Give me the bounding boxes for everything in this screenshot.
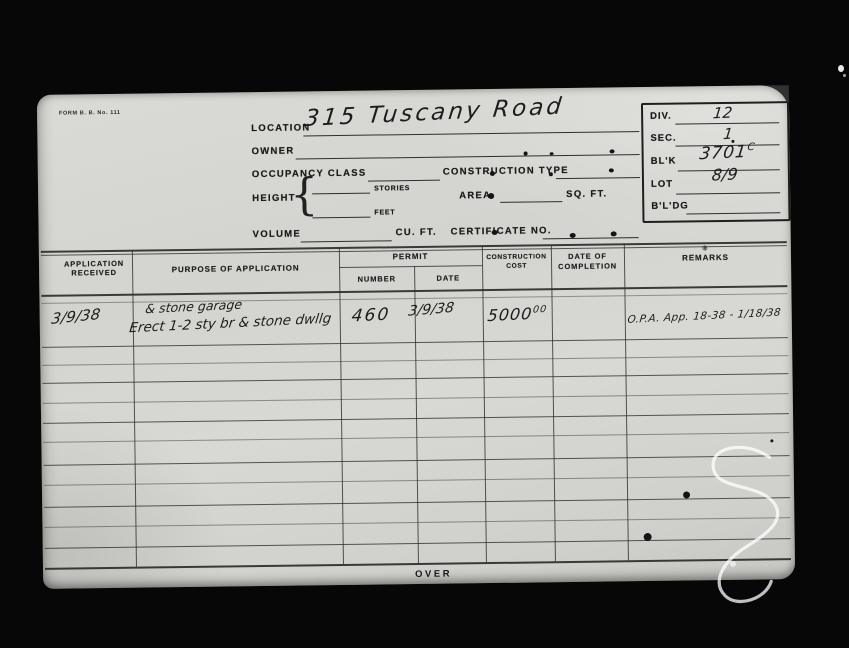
owner-underline <box>296 154 640 160</box>
lot-underline <box>676 192 780 194</box>
div-value: 12 <box>712 103 733 122</box>
form-number: FORM B. B. No. 111 <box>59 110 121 117</box>
ink-dot <box>610 149 615 153</box>
ink-dot <box>609 168 614 172</box>
stories-underline <box>312 193 370 195</box>
ink-dot <box>549 172 553 176</box>
white-scratch-mark <box>671 435 814 637</box>
ink-dot <box>550 152 554 155</box>
header-remarks-text: REMARKS <box>624 252 787 263</box>
ink-blot <box>644 533 652 541</box>
ink-dot <box>488 193 494 199</box>
header-construction-cost: CONSTRUCTION COST <box>482 253 551 270</box>
feet-underline <box>312 217 370 219</box>
blk-value-number: 3701 <box>698 142 748 164</box>
table-column-line <box>132 251 137 567</box>
area-underline <box>500 201 562 203</box>
blk-value: 3701C <box>698 142 756 165</box>
cost-dollars: 5000 <box>487 304 534 325</box>
cost-cents: 00 <box>532 304 547 316</box>
film-speck <box>838 65 844 72</box>
lot-label: LOT <box>651 179 673 190</box>
blk-value-superscript: C <box>747 142 756 153</box>
ink-dot <box>492 230 498 235</box>
entry-application-received: 3/9/38 <box>50 305 101 328</box>
header-application-line2: RECEIVED <box>56 268 132 278</box>
table-column-line <box>482 246 487 562</box>
over-label: OVER <box>415 569 452 580</box>
table-column-line <box>551 245 556 561</box>
entry-construction-cost: 500000 <box>487 303 548 325</box>
header-permit-date: DATE <box>414 273 482 283</box>
header-completion-line1: DATE OF <box>551 251 624 261</box>
location-underline <box>303 131 639 136</box>
ink-dot <box>570 233 576 238</box>
blk-label: BL'K <box>651 156 677 167</box>
div-label: DIV. <box>650 111 672 122</box>
entry-permit-date: 3/9/38 <box>407 300 455 320</box>
film-speck <box>843 74 846 77</box>
header-purpose: PURPOSE OF APPLICATION <box>132 263 339 275</box>
certificate-no-label: CERTIFICATE NO. <box>451 225 552 237</box>
header-permit-number: NUMBER <box>339 274 414 284</box>
certificate-underline <box>543 237 639 239</box>
owner-label: OWNER <box>251 146 294 158</box>
header-application-received: APPLICATION RECEIVED <box>56 259 132 278</box>
bldg-underline <box>686 212 780 214</box>
feet-label: FEET <box>374 209 395 216</box>
parcel-info-box: DIV. 12 SEC. 1 BL'K 3701C LOT 8/9 B'L'DG <box>641 101 791 223</box>
bldg-label: B'L'DG <box>651 200 689 211</box>
sq-ft-label: SQ. FT. <box>566 188 607 200</box>
occupancy-underline <box>368 180 440 182</box>
entry-purpose-insertion: & stone garage <box>145 297 243 317</box>
permit-index-card: FORM B. B. No. 111 LOCATION 315 Tuscany … <box>37 85 795 589</box>
table-column-line <box>624 244 629 560</box>
header-date-of-completion: DATE OF COMPLETION <box>551 251 624 271</box>
header-completion-line2: COMPLETION <box>551 261 624 271</box>
volume-underline <box>301 240 392 242</box>
header-cost-line1: CONSTRUCTION <box>482 253 551 261</box>
header-permit-group: PERMIT <box>339 251 482 262</box>
height-brace: { <box>290 173 319 217</box>
lot-value: 8/9 <box>711 164 739 184</box>
volume-label: VOLUME <box>253 228 302 240</box>
location-value: 315 Tuscany Road <box>303 94 565 132</box>
ink-dot <box>524 152 528 156</box>
header-cost-line2: COST <box>482 262 551 270</box>
entry-remarks: O.P.A. App. 18-38 - 1/18/38 <box>627 307 782 326</box>
location-label: LOCATION <box>251 122 310 134</box>
table-column-line <box>339 248 344 564</box>
construction-type-underline <box>556 177 640 179</box>
ink-dot <box>490 171 495 176</box>
permit-header-divider <box>339 265 482 268</box>
stories-label: STORIES <box>374 185 410 192</box>
sec-label: SEC. <box>650 133 676 144</box>
scanned-permit-card-page: { "document": { "form_number": "FORM B. … <box>0 0 849 648</box>
cu-ft-label: CU. FT. <box>396 227 437 239</box>
header-remarks: ® REMARKS <box>624 244 787 263</box>
entry-permit-number: 460 <box>351 305 392 327</box>
ink-dot <box>611 231 617 236</box>
area-label: AREA <box>459 190 491 201</box>
